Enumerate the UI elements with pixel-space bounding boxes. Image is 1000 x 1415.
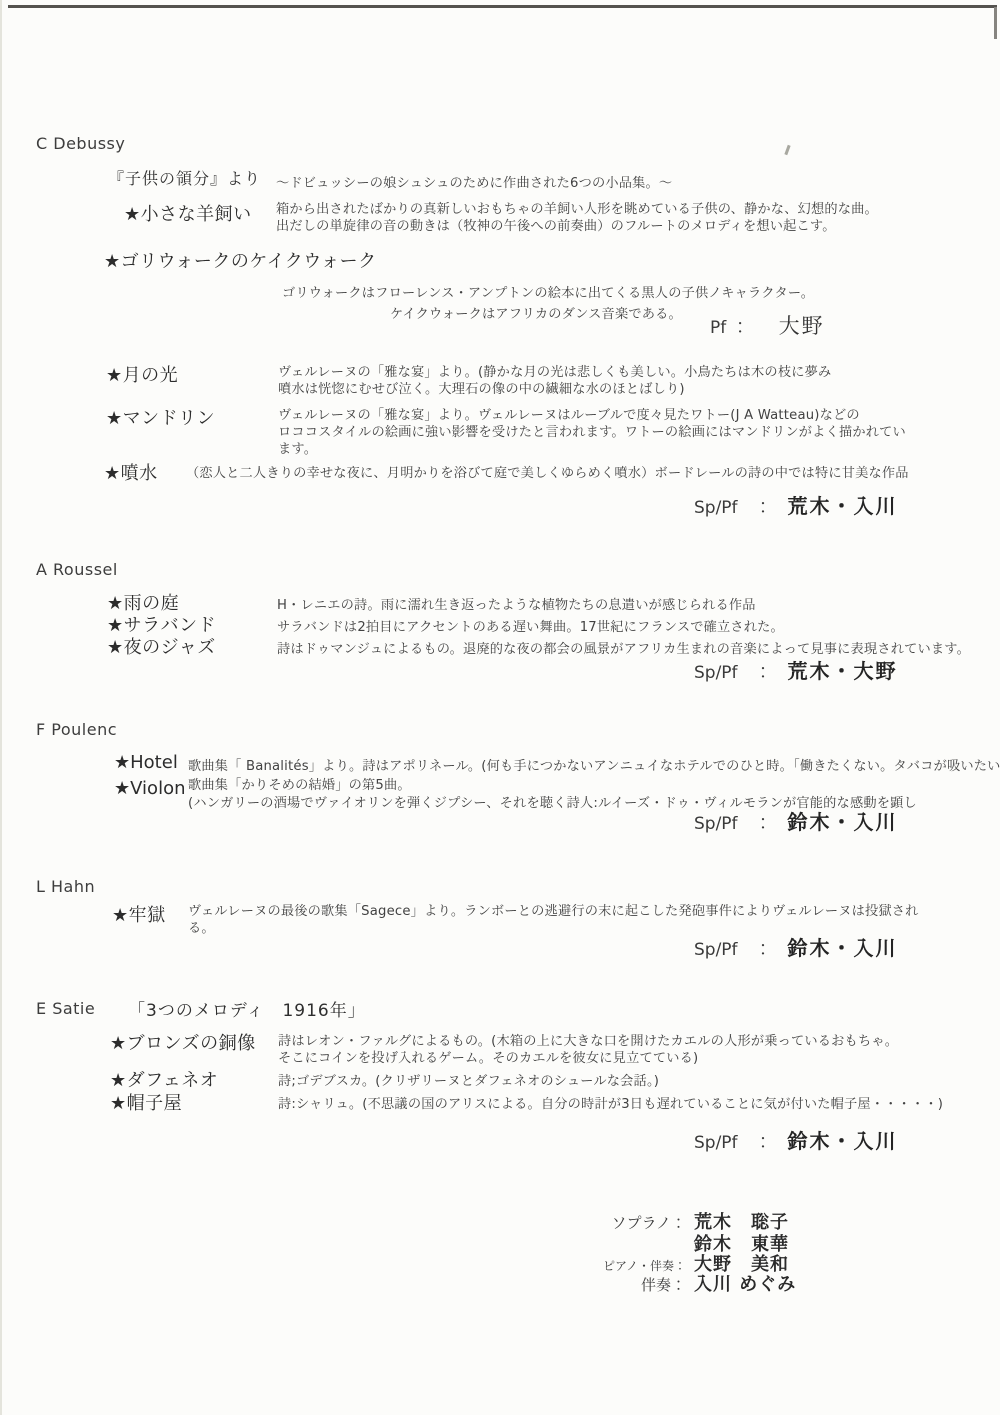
piece-desc-line: H・レニエの詩。雨に濡れ生き返ったような植物たちの息遣いが感じられる作品 [277, 594, 756, 613]
credit-label: Sp/Pf ： [694, 809, 772, 834]
piece-desc-line: る。 [188, 917, 215, 936]
scan-edge-top-line [8, 5, 997, 8]
composer-heading-roussel: A Roussel [36, 560, 118, 579]
composer-heading-hahn: L Hahn [36, 877, 95, 896]
performer-role-label: 伴奏： [552, 1274, 686, 1295]
piece-title-hotel: ★Hotel [114, 752, 178, 773]
piece-desc-line: ケイクウォークはアフリカのダンス音楽である。 [390, 303, 682, 322]
suite-note-debussy: ～ドビュッシーの娘シュシュのために作曲された6つの小品集。～ [276, 172, 672, 191]
scanned-program-page: C Debussy 『子供の領分』より ～ドビュッシーの娘シュシュのために作曲さ… [0, 0, 1000, 1415]
piece-title-prison: ★牢獄 [112, 901, 166, 927]
scan-speck [784, 145, 790, 155]
credit-label: Pf ： [710, 313, 749, 338]
credit-line-sppf-satie: Sp/Pf ： 鈴木・入川 [694, 1125, 898, 1154]
piece-title-hatter: ★帽子屋 [110, 1089, 182, 1115]
composer-heading-satie: E Satie [36, 999, 95, 1018]
credit-line-sppf-roussel: Sp/Pf ： 荒木・大野 [694, 655, 898, 684]
credit-names: 鈴木・入川 [788, 1125, 898, 1154]
piece-title-mandoline: ★マンドリン [106, 404, 215, 430]
piece-desc-line: そこにコインを投げ入れるゲーム。そのカエルを彼女に見立てている) [278, 1047, 698, 1066]
credit-label: Sp/Pf ： [694, 1128, 772, 1153]
credit-line-sppf-poulenc: Sp/Pf ： 鈴木・入川 [694, 806, 898, 835]
piece-desc-line: ゴリウォークはフローレンス・アンプトンの絵本に出てくる黒人の子供ノキャラクター。 [282, 282, 814, 301]
credit-label: Sp/Pf ： [694, 658, 772, 683]
piece-desc-line: ヴェルレーヌの最後の歌集「Sagece」より。ランボーとの逃避行の末に起こした発… [188, 900, 919, 919]
composer-heading-poulenc: F Poulenc [36, 720, 117, 739]
piece-title-fountain: ★噴水 [104, 459, 158, 485]
piece-desc-line: （恋人と二人きりの幸せな夜に、月明かりを浴びて庭で美しくゆらめく噴水）ボードレー… [186, 462, 909, 481]
credit-label: Sp/Pf ： [694, 935, 772, 960]
credit-line-pf: Pf ： 大野 [710, 310, 825, 340]
performer-row-accompanist: 伴奏： 入川 めぐみ [552, 1270, 796, 1296]
credit-names: 鈴木・入川 [788, 806, 898, 835]
credit-names: 荒木・入川 [788, 490, 898, 519]
credit-names: 大野 [779, 310, 825, 340]
piece-desc-line: 詩;ゴデブスカ。(クリザリーヌとダフェネオのシュールな会話。) [278, 1070, 659, 1089]
performer-name: 入川 めぐみ [694, 1270, 796, 1296]
piece-title-bronze-statue: ★ブロンズの銅像 [110, 1029, 256, 1055]
scan-edge-left-line [0, 0, 2, 1415]
piece-desc-line: 歌曲集「 Banalités」より。詩はアポリネール。(何も手につかないアンニュ… [188, 755, 1000, 774]
piece-desc-line: ます。 [278, 438, 317, 457]
piece-desc-line: サラバンドは2拍目にアクセントのある遅い舞曲。17世紀にフランスで確立された。 [277, 616, 784, 635]
credit-names: 鈴木・入川 [788, 932, 898, 961]
piece-desc-line: 歌曲集「かりそめの結婚」の第5曲。 [188, 774, 411, 793]
credit-label: Sp/Pf ： [694, 493, 772, 518]
piece-title-night-jazz: ★夜のジャズ [107, 633, 216, 659]
credit-line-sppf-hahn: Sp/Pf ： 鈴木・入川 [694, 932, 898, 961]
piece-desc-line: 詩:シャリュ。(不思議の国のアリスによる。自分の時計が3日も遅れていることに気が… [278, 1093, 943, 1112]
piece-desc-line: 出だしの単旋律の音の動きは（牧神の午後への前奏曲）のフルートのメロディを想い起こ… [276, 215, 836, 234]
piece-title-clair-de-lune: ★月の光 [106, 361, 178, 387]
scan-edge-right-line [994, 7, 997, 39]
credit-line-sppf-debussy: Sp/Pf ： 荒木・入川 [694, 490, 898, 519]
piece-title-golliwogg: ★ゴリウォークのケイクウォーク [104, 247, 377, 273]
piece-title-violon: ★Violon [114, 778, 186, 799]
suite-title-debussy: 『子供の領分』より [108, 166, 261, 189]
composer-heading-debussy: C Debussy [36, 134, 125, 153]
piece-title-shepherd: ★小さな羊飼い [124, 200, 252, 226]
credit-names: 荒木・大野 [788, 655, 898, 684]
suite-title-satie: 「3つのメロディ 1916年」 [128, 996, 366, 1021]
piece-desc-line: ロココスタイルの絵画に強い影響を受けたと言われます。ワトーの絵画にはマンドリンが… [278, 421, 906, 440]
piece-desc-line: 噴水は恍惚にむせび泣く。大理石の像の中の繊細な水のほとばしり) [278, 378, 685, 397]
